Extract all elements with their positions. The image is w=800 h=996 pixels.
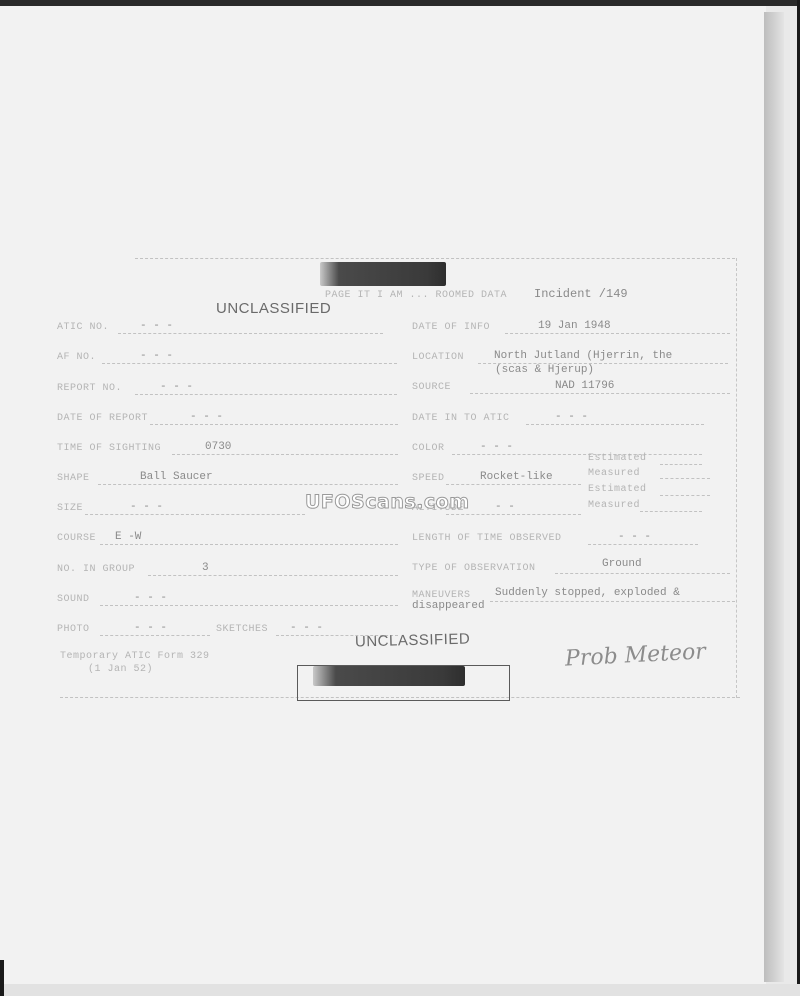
no-in-group-label: NO. IN GROUP bbox=[57, 564, 135, 575]
course-label: COURSE bbox=[57, 533, 96, 544]
redaction-bar-bottom bbox=[313, 666, 465, 686]
color-label: COLOR bbox=[412, 443, 445, 454]
watermark: UFOScans.com bbox=[305, 491, 470, 513]
date-in-to-atic-value: - - - bbox=[555, 411, 588, 423]
field-line bbox=[490, 601, 735, 602]
header-title: PAGE IT I AM ... ROOMED DATA bbox=[325, 290, 507, 301]
shape-label: SHAPE bbox=[57, 473, 90, 484]
field-line bbox=[98, 484, 398, 485]
location-label: LOCATION bbox=[412, 352, 464, 363]
size-label: SIZE bbox=[57, 503, 83, 514]
size-value: - - - bbox=[130, 501, 163, 513]
maneuvers-value: Suddenly stopped, exploded & bbox=[495, 587, 680, 599]
field-line bbox=[118, 333, 383, 334]
sketches-label: SKETCHES bbox=[216, 624, 268, 635]
field-line bbox=[470, 393, 730, 394]
altitude-value: - - bbox=[495, 501, 515, 513]
time-of-sighting-value: 0730 bbox=[205, 441, 231, 453]
form-number: Temporary ATIC Form 329 bbox=[60, 651, 210, 662]
unclassified-stamp-bottom: UNCLASSIFIED bbox=[355, 630, 471, 650]
type-of-observation-label: TYPE OF OBSERVATION bbox=[412, 563, 536, 574]
field-line bbox=[102, 363, 397, 364]
length-of-time-label: LENGTH OF TIME OBSERVED bbox=[412, 533, 562, 544]
speed-option-measured: Measured bbox=[588, 468, 640, 479]
sound-value: - - - bbox=[134, 592, 167, 604]
sketches-value: - - - bbox=[290, 622, 323, 634]
shape-value: Ball Saucer bbox=[140, 471, 213, 483]
color-value: - - - bbox=[480, 441, 513, 453]
field-line bbox=[660, 464, 702, 465]
date-in-to-atic-label: DATE IN TO ATIC bbox=[412, 413, 510, 424]
length-of-time-value: - - - bbox=[618, 531, 651, 543]
altitude-option-estimated: Estimated bbox=[588, 484, 647, 495]
unclassified-stamp-top: UNCLASSIFIED bbox=[216, 300, 331, 317]
atic-no-value: - - - bbox=[140, 320, 173, 332]
form-top-rule bbox=[135, 258, 735, 259]
report-no-label: REPORT NO. bbox=[57, 383, 122, 394]
field-line bbox=[148, 575, 398, 576]
field-line bbox=[135, 394, 397, 395]
photo-value: - - - bbox=[134, 622, 167, 634]
date-of-info-value: 19 Jan 1948 bbox=[538, 320, 611, 332]
form-right-rule bbox=[736, 258, 737, 698]
field-line bbox=[100, 635, 210, 636]
handwritten-note: Prob Meteor bbox=[564, 639, 706, 671]
location-value: North Jutland (Hjerrin, the bbox=[494, 350, 672, 362]
location-value-line2: (scas & Hjerup) bbox=[495, 364, 594, 376]
redaction-bar-top bbox=[320, 262, 446, 286]
report-no-value: - - - bbox=[160, 381, 193, 393]
course-value: E -W bbox=[115, 531, 141, 543]
speed-value: Rocket-like bbox=[480, 471, 553, 483]
time-of-sighting-label: TIME OF SIGHTING bbox=[57, 443, 161, 454]
project-card-form: PAGE IT I AM ... ROOMED DATA Incident /1… bbox=[0, 0, 800, 996]
field-line bbox=[446, 514, 581, 515]
field-line bbox=[85, 514, 305, 515]
type-of-observation-value: Ground bbox=[602, 558, 642, 570]
field-line bbox=[588, 544, 698, 545]
field-line bbox=[100, 605, 398, 606]
speed-label: SPEED bbox=[412, 473, 445, 484]
af-no-value: - - - bbox=[140, 350, 173, 362]
photo-label: PHOTO bbox=[57, 624, 90, 635]
field-line bbox=[505, 333, 730, 334]
no-in-group-value: 3 bbox=[202, 562, 209, 574]
sound-label: SOUND bbox=[57, 594, 90, 605]
field-line bbox=[660, 495, 710, 496]
field-line bbox=[640, 511, 702, 512]
field-line bbox=[526, 424, 704, 425]
date-of-report-value: - - - bbox=[190, 411, 223, 423]
speed-option-estimated: Estimated bbox=[588, 453, 647, 464]
maneuvers-value-line2: disappeared bbox=[412, 600, 485, 612]
incident-number: Incident /149 bbox=[534, 287, 628, 301]
field-line bbox=[172, 454, 398, 455]
af-no-label: AF NO. bbox=[57, 352, 96, 363]
field-line bbox=[150, 424, 398, 425]
form-date: (1 Jan 52) bbox=[88, 664, 153, 675]
field-line bbox=[100, 544, 398, 545]
date-of-report-label: DATE OF REPORT bbox=[57, 413, 148, 424]
field-line bbox=[452, 454, 702, 455]
date-of-info-label: DATE OF INFO bbox=[412, 322, 490, 333]
field-line bbox=[660, 478, 710, 479]
source-label: SOURCE bbox=[412, 382, 451, 393]
altitude-option-measured: Measured bbox=[588, 500, 640, 511]
atic-no-label: ATIC NO. bbox=[57, 322, 109, 333]
field-line bbox=[555, 573, 730, 574]
field-line bbox=[446, 484, 581, 485]
source-value: NAD 11796 bbox=[555, 380, 614, 392]
